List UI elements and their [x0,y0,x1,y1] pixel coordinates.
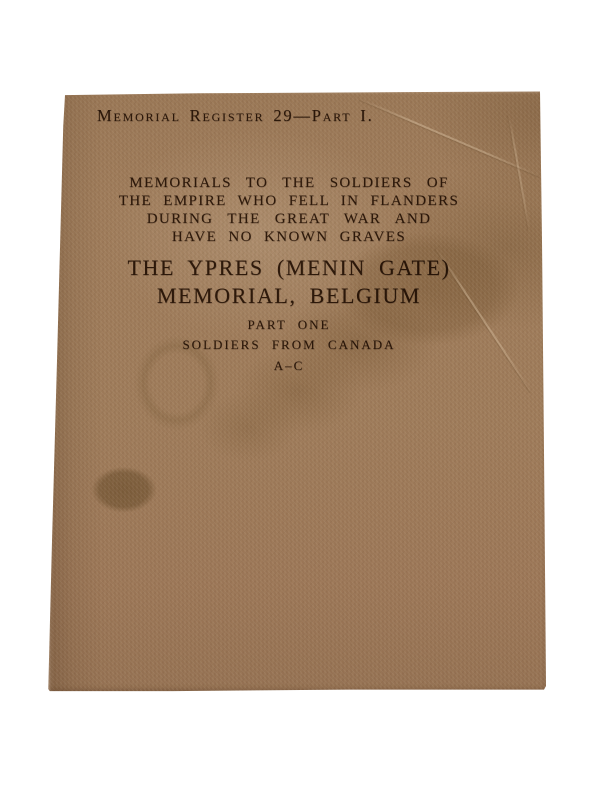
photo-background: Memorial Register 29—Part I. MEMORIALS T… [0,0,600,800]
alphabet-range-label: A–C [39,358,539,374]
memorial-title-line-1: THE YPRES (MENIN GATE) [39,254,539,282]
dedication-line-2: THE EMPIRE WHO FELL IN FLANDERS [39,192,539,210]
book-cover: Memorial Register 29—Part I. MEMORIALS T… [48,90,548,692]
part-label: PART ONE [39,317,539,333]
dedication-text: MEMORIALS TO THE SOLDIERS OF THE EMPIRE … [39,174,539,246]
register-number-label: Memorial Register 29—Part I. [97,106,374,126]
dedication-line-1: MEMORIALS TO THE SOLDIERS OF [39,174,539,192]
origin-label: SOLDIERS FROM CANADA [39,337,539,353]
memorial-title-line-2: MEMORIAL, BELGIUM [39,282,539,310]
dedication-line-4: HAVE NO KNOWN GRAVES [39,228,539,246]
memorial-title: THE YPRES (MENIN GATE) MEMORIAL, BELGIUM [39,254,539,310]
dedication-line-3: DURING THE GREAT WAR AND [39,210,539,228]
